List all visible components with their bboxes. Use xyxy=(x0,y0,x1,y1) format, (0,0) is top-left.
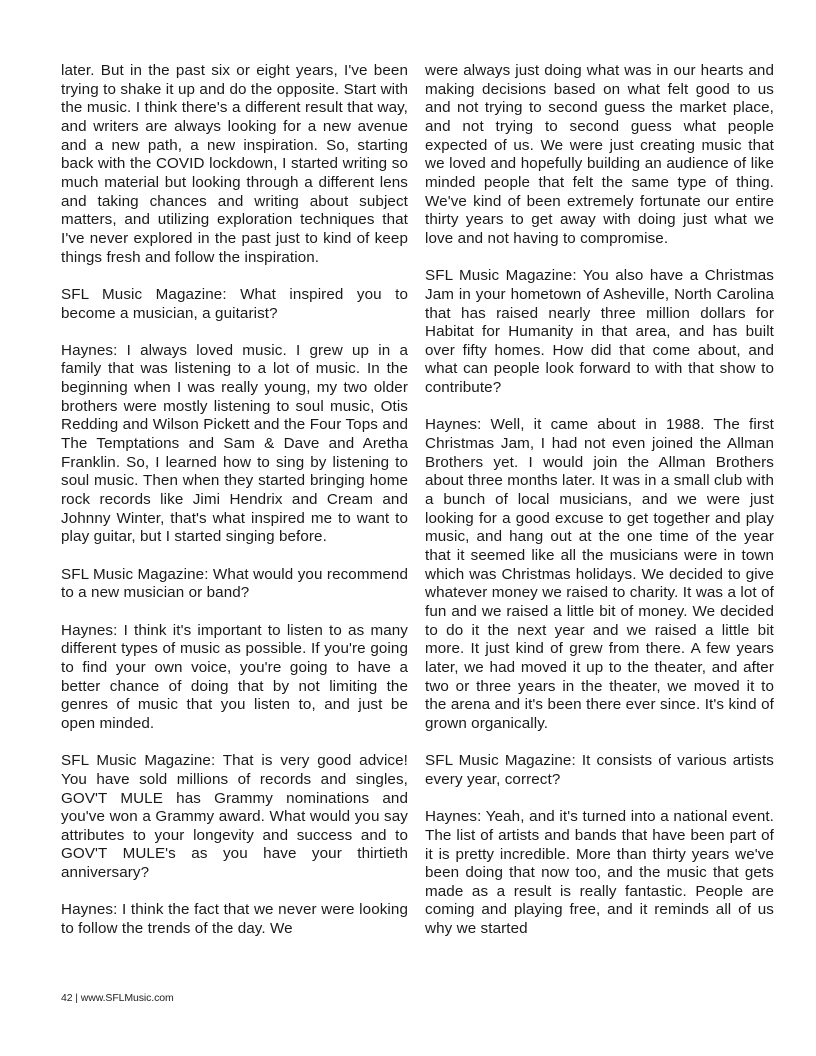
paragraph-question: SFL Music Magazine: What would you recom… xyxy=(61,566,408,603)
paragraph-answer: Haynes: I think the fact that we never w… xyxy=(61,901,408,938)
paragraph-question: SFL Music Magazine: You also have a Chri… xyxy=(425,267,774,398)
paragraph-continued-answer: later. But in the past six or eight year… xyxy=(61,62,408,267)
right-column: were always just doing what was in our h… xyxy=(425,62,774,957)
paragraph-answer: Haynes: Well, it came about in 1988. The… xyxy=(425,416,774,733)
paragraph-answer: were always just doing what was in our h… xyxy=(425,62,774,249)
paragraph-question: SFL Music Magazine: It consists of vario… xyxy=(425,752,774,789)
left-column: later. But in the past six or eight year… xyxy=(61,62,408,957)
paragraph-answer: Haynes: Yeah, and it's turned into a nat… xyxy=(425,808,774,939)
paragraph-answer: Haynes: I always loved music. I grew up … xyxy=(61,342,408,547)
paragraph-question: SFL Music Magazine: That is very good ad… xyxy=(61,752,408,883)
page-footer: 42 | www.SFLMusic.com xyxy=(61,992,174,1004)
paragraph-answer: Haynes: I think it's important to listen… xyxy=(61,622,408,734)
paragraph-question: SFL Music Magazine: What inspired you to… xyxy=(61,286,408,323)
